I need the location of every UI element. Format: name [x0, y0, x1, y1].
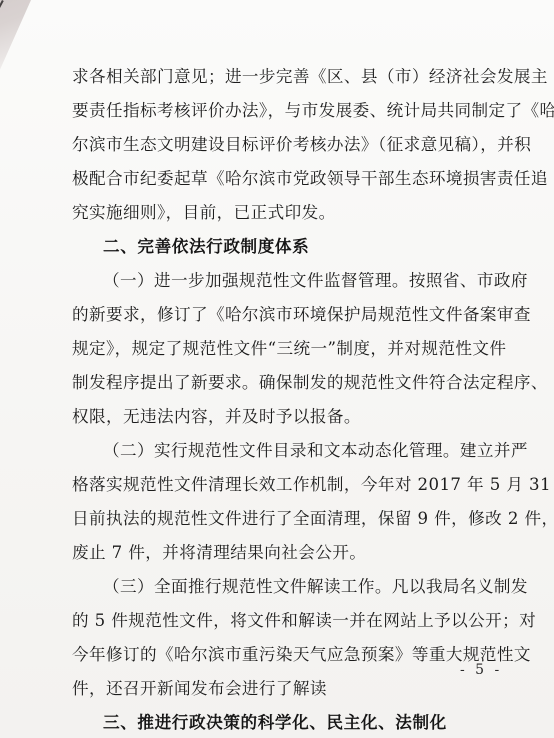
document-page: 求各相关部门意见；进一步完善《区、县（市）经济社会发展主 要责任指标考核评价办法… [0, 0, 554, 738]
text-line: 今年修订的《哈尔滨市重污染天气应急预案》等重大规范性文 [72, 638, 482, 672]
paragraph-subsection-3: （三）全面推行规范性文件解读工作。凡以我局名义制发 的 5 件规范性文件，将文件… [72, 570, 482, 706]
text-line: 制发程序提出了新要求。确保制发的规范性文件符合法定程序、 [72, 366, 482, 400]
text-line: 极配合市纪委起草《哈尔滨市党政领导干部生态环境损害责任追 [72, 162, 482, 196]
page-number: - 5 - [460, 662, 502, 678]
text-line: 权限，无违法内容，并及时予以报备。 [72, 400, 482, 434]
section-heading-2: 二、完善依法行政制度体系 [72, 230, 482, 264]
text-line: （一）进一步加强规范性文件监督管理。按照省、市政府 [72, 264, 482, 298]
text-line: 要责任指标考核评价办法》，与市发展委、统计局共同制定了《哈 [72, 94, 482, 128]
text-line: 废止 7 件，并将清理结果向社会公开。 [72, 536, 482, 570]
text-line: 究实施细则》，目前，已正式印发。 [72, 196, 482, 230]
text-line: 规定》，规定了规范性文件“三统一”制度，并对规范性文件 [72, 332, 482, 366]
text-line: 尔滨市生态文明建设目标评价考核办法》（征求意见稿），并积 [72, 128, 482, 162]
section-heading-3: 三、推进行政决策的科学化、民主化、法制化 [72, 706, 482, 738]
text-line: 日前执法的规范性文件进行了全面清理，保留 9 件，修改 2 件， [72, 502, 482, 536]
text-line: 求各相关部门意见；进一步完善《区、县（市）经济社会发展主 [72, 60, 482, 94]
text-line: （二）实行规范性文件目录和文本动态化管理。建立并严 [72, 434, 482, 468]
page-corner-shadow [0, 0, 36, 90]
document-body: 求各相关部门意见；进一步完善《区、县（市）经济社会发展主 要责任指标考核评价办法… [72, 60, 482, 738]
text-line: 件，还召开新闻发布会进行了解读 [72, 672, 482, 706]
text-line: 的 5 件规范性文件，将文件和解读一并在网站上予以公开；对 [72, 604, 482, 638]
text-line: 格落实规范性文件清理长效工作机制，今年对 2017 年 5 月 31 [72, 468, 482, 502]
paragraph-subsection-2: （二）实行规范性文件目录和文本动态化管理。建立并严 格落实规范性文件清理长效工作… [72, 434, 482, 570]
text-line: 的新要求，修订了《哈尔滨市环境保护局规范性文件备案审查 [72, 298, 482, 332]
text-line: （三）全面推行规范性文件解读工作。凡以我局名义制发 [72, 570, 482, 604]
paragraph-subsection-1: （一）进一步加强规范性文件监督管理。按照省、市政府 的新要求，修订了《哈尔滨市环… [72, 264, 482, 434]
paragraph-continuation: 求各相关部门意见；进一步完善《区、县（市）经济社会发展主 要责任指标考核评价办法… [72, 60, 482, 230]
